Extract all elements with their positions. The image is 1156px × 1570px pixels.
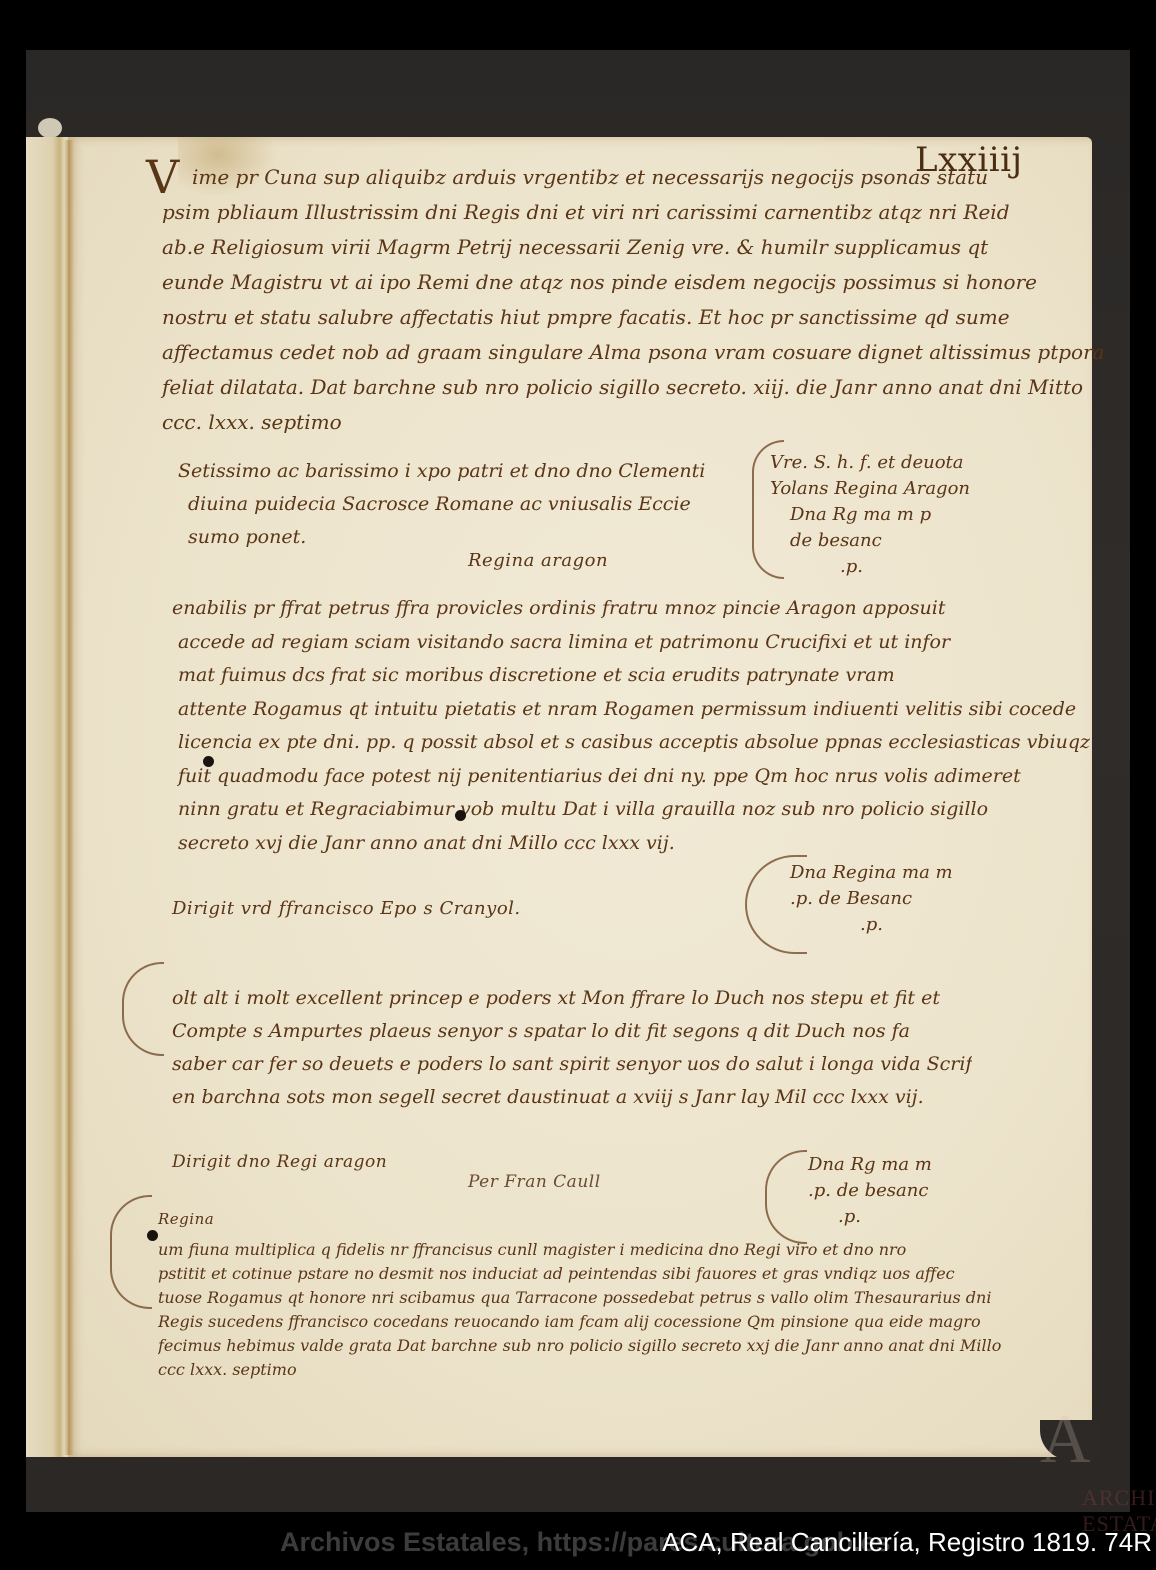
address-block-1: Setissimo ac barissimo i xpo patri et dn…: [178, 455, 705, 554]
letter-line: psim pbliaum Illustrissim dni Regis dni …: [148, 195, 1105, 230]
letter-2: enabilis pr ffrat petrus ffra provicles …: [172, 592, 1090, 860]
archive-watermark: ARCHIVOS ESTATALES: [1090, 1395, 1156, 1530]
address-line: diuina puidecia Sacrosce Romane ac vnius…: [178, 488, 705, 521]
ink-blot: [203, 756, 214, 767]
binding-thread-knot: [38, 118, 62, 138]
letter-line: ab.e Religiosum virii Magrm Petrij neces…: [148, 230, 1105, 265]
note-line: .p.: [790, 912, 953, 938]
letter-line: nostru et statu salubre affectatis hiut …: [148, 300, 1105, 335]
letter-4: um fiuna multiplica q fidelis nr ffranci…: [158, 1238, 1001, 1382]
letter-line: enabilis pr ffrat petrus ffra provicles …: [172, 592, 1090, 626]
address-line: sumo ponet.: [178, 521, 705, 554]
address-block-2: Dirigit vrd ffrancisco Epo s Cranyol.: [172, 898, 521, 919]
letter-line: attente Rogamus qt intuitu pietatis et n…: [172, 693, 1090, 727]
decorated-initial: V: [146, 160, 179, 195]
letter-line: feliat dilatata. Dat barchne sub nro pol…: [148, 370, 1105, 405]
margin-bracket: [110, 1195, 152, 1309]
letter-line: ninn gratu et Regraciabimur vob multu Da…: [172, 793, 1090, 827]
note-line: Dna Regina ma m: [790, 860, 953, 886]
address-block-3: Dirigit dno Regi aragon: [172, 1152, 387, 1172]
gutter-crease: [64, 140, 74, 1455]
letter-line: olt alt i molt excellent princep e poder…: [172, 982, 972, 1015]
letter-line: en barchna sots mon segell secret dausti…: [172, 1081, 972, 1114]
letter-heading: Regina aragon: [468, 550, 608, 571]
ink-blot: [455, 810, 466, 821]
letter-line: fecimus hebimus valde grata Dat barchne …: [158, 1334, 1001, 1358]
letter-heading: Regina: [158, 1210, 214, 1228]
scribe-signature: Per Fran Caull: [468, 1172, 601, 1192]
note-line: Yolans Regina Aragon: [770, 476, 970, 502]
note-line: .p.: [808, 1204, 932, 1230]
margin-note-1: Vre. S. h. f. et deuota Yolans Regina Ar…: [770, 450, 970, 580]
letter-3: olt alt i molt excellent princep e poder…: [172, 982, 972, 1114]
letter-line: Compte s Ampurtes plaeus senyor s spatar…: [172, 1015, 972, 1048]
letter-line: pstitit et cotinue pstare no desmit nos …: [158, 1262, 1001, 1286]
letter-line: ime pr Cuna sup aliquibz arduis vrgentib…: [148, 160, 1105, 195]
note-line: .p. de besanc: [808, 1178, 932, 1204]
letter-line: secreto xvj die Janr anno anat dni Millo…: [172, 827, 1090, 861]
note-line: .p. de Besanc: [790, 886, 953, 912]
document-reference: ACA, Real Cancillería, Registro 1819. 74…: [662, 1527, 1152, 1558]
note-line: Vre. S. h. f. et deuota: [770, 450, 970, 476]
note-line: .p.: [770, 554, 970, 580]
note-line: Dna Rg ma m p: [770, 502, 970, 528]
letter-line: Regis sucedens ffrancisco cocedans reuoc…: [158, 1310, 1001, 1334]
letter-line: accede ad regiam sciam visitando sacra l…: [172, 626, 1090, 660]
letter-line: tuose Rogamus qt honore nri scibamus qua…: [158, 1286, 1001, 1310]
watermark-text-line1: ARCHIVOS: [1082, 1485, 1156, 1511]
margin-note-3: Dna Rg ma m .p. de besanc .p.: [808, 1152, 932, 1230]
letter-line: saber car fer so deuets e poders lo sant…: [172, 1048, 972, 1081]
letter-line: fuit quadmodu face potest nij penitentia…: [172, 760, 1090, 794]
letter-line: eunde Magistru vt ai ipo Remi dne atqz n…: [148, 265, 1105, 300]
letter-line: ccc. lxxx. septimo: [148, 405, 1105, 440]
letter-line: licencia ex pte dni. pp. q possit absol …: [172, 726, 1090, 760]
letter-line: affectamus cedet nob ad graam singulare …: [148, 335, 1105, 370]
ink-blot: [147, 1230, 158, 1241]
letter-line: mat fuimus dcs frat sic moribus discreti…: [172, 659, 1090, 693]
letter-line: ccc lxxx. septimo: [158, 1358, 1001, 1382]
note-line: Dna Rg ma m: [808, 1152, 932, 1178]
note-line: de besanc: [770, 528, 970, 554]
letter-1: V ime pr Cuna sup aliquibz arduis vrgent…: [148, 160, 1105, 440]
letter-line: um fiuna multiplica q fidelis nr ffranci…: [158, 1238, 1001, 1262]
address-line: Setissimo ac barissimo i xpo patri et dn…: [178, 455, 705, 488]
margin-note-2: Dna Regina ma m .p. de Besanc .p.: [790, 860, 953, 938]
